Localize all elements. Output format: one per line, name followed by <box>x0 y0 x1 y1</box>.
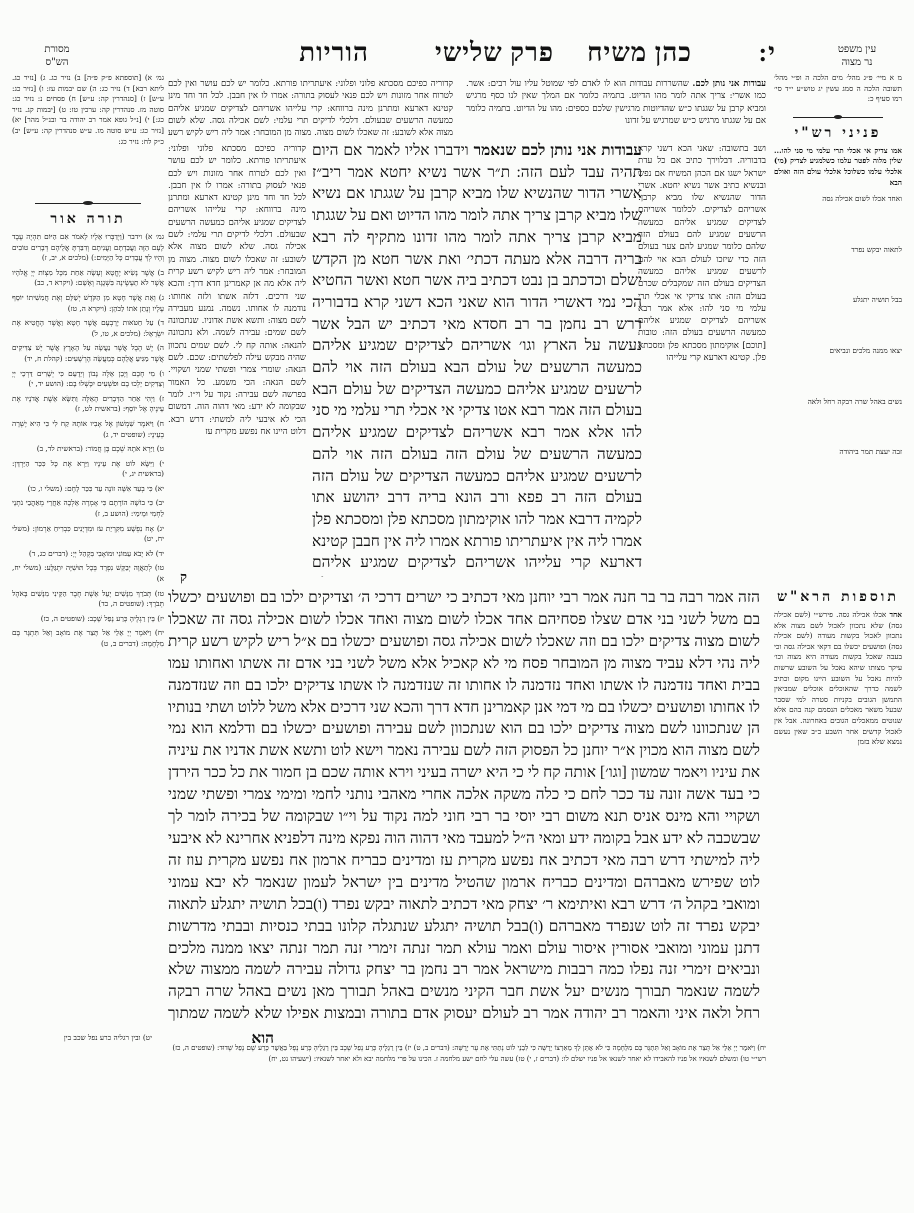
torah-ohr-entry: ג) וְאֵת אֲשֶׁר חָטָא מִן הַקֹּדֶשׁ יְשַ… <box>12 293 164 314</box>
commentary-left-column-text: קדוריה כפיכם מסכתא פלוני ופלוני: איעתרית… <box>168 144 306 437</box>
commentary-left-top-text: קדוריה כפיכם מסכתא פלוני ופלוני: איעתרית… <box>168 79 453 140</box>
gemara-center-text: וידברו אליו לאמר אם היום תהיה עבד לעם הז… <box>312 142 642 577</box>
footer-verse-line-1: יח) וַיֹּאמֶר יְיָ אֵלַי אַל תָּצַר אֶת … <box>168 1043 766 1054</box>
rashi-text-column: ושב בתשובה: שאני הכא דשני קרא בדבוריה. ד… <box>638 144 766 363</box>
pnei-rashi-entry-text: אמו צדיק אי אכלי תרי עלמי מי סני להו... … <box>774 146 902 187</box>
pnei-rashi-entry: יצאו ממנה מלכים ונביאים <box>774 346 902 357</box>
folio-number: י: <box>759 38 776 68</box>
tosafot-harosh: תוספות הרא"ש אחד אכלו אכילה גסה. פירש״י … <box>774 585 902 1030</box>
torah-ohr-entry: ד) עַל חַטֹּאות יָרָבְעָם אֲשֶׁר חָטָא ו… <box>12 318 164 339</box>
torah-ohr-entry: ה) יֶשׁ הֶבֶל אֲשֶׁר נַעֲשָׂה עַל הָאָרֶ… <box>12 343 164 364</box>
ein-mishpat-label: עין משפט נר מצוה <box>822 43 892 69</box>
gemara-end-marker: ק <box>180 569 187 585</box>
right-margin: מ א מיי׳ פ״ג מהל׳ מים הלכה ה ופ״י מהל׳ ת… <box>774 73 902 458</box>
torah-ohr-lower-ref: יט) ובין רגליה כרע נפל שכב בין <box>12 1033 152 1044</box>
pnei-rashi-title: פניני רש"י <box>774 125 902 142</box>
tosafot-harosh-title: תוספות הרא"ש <box>774 589 902 606</box>
hashas-label-line2: הש"ס <box>22 56 92 69</box>
torah-ohr-entry: ב) אֲשֶׁר נָשִׂיא יֶחֱטָא וְעָשָׂה אַחַת… <box>12 268 164 289</box>
torah-ohr-entry: יג) אָח נִפְשָׁע מִקִּרְיַת עֹז וּמִדְיָ… <box>12 524 164 545</box>
torah-ohr-entry: טז) תְּבֹרַךְ מִנָּשִׁים יָעֵל אֵשֶׁת חֶ… <box>12 589 164 610</box>
torah-ohr-entry: יא) כִּי בְעַד אִשָּׁה זוֹנָה עַד כִּכַּ… <box>12 484 164 495</box>
tosafot-harosh-text: אחד אכלו אכילה גסה. פירש״י (לשם אכילה גס… <box>774 610 902 1030</box>
rashi-lead-words: עבודות אני נותן לכם. <box>692 79 766 89</box>
torah-ohr-entry: יח) וַיֹּאמֶר יְיָ אֵלַי אַל תָּצַר אֶת … <box>12 628 164 649</box>
chapter-title: כהן משיח <box>587 38 692 68</box>
pnei-rashi-entry: זבה יעצת תמר ביהודה <box>774 447 902 458</box>
gemara-wide-block: הזה אמר רבה בר בר חנה אמר רבי יוחנן מאי … <box>168 587 760 1027</box>
torah-ohr-title: תורה אור <box>12 211 164 228</box>
torah-ohr-entry: יז) בֵּין רַגְלֶיהָ כָּרַע נָפַל שָׁכָב:… <box>12 614 164 625</box>
ein-mishpat-label-line1: עין משפט <box>822 43 892 56</box>
torah-ohr-entry: ח) וַיֹּאמֶר שִׁמְשׁוֹן אֶל אָבִיו אוֹתָ… <box>12 419 164 440</box>
commentary-left-top: קדוריה כפיכם מסכתא פלוני ופלוני: איעתרית… <box>168 78 453 140</box>
torah-ohr-entries: גמ׳ א) וידבר (וַיְדַבְּרוּ אֵלָיו לֵאמֹר… <box>12 232 164 1032</box>
torah-ohr-entry: ט) וַיַּרְא אֹתָהּ שְׁכֶם בֶּן חֲמוֹר: (… <box>12 444 164 455</box>
ein-mishpat-text: מ א מיי׳ פ״ג מהל׳ מים הלכה ה ופ״י מהל׳ ת… <box>774 73 902 105</box>
gemara-center-column: עבודות אני נותן לכם שנאמר וידברו אליו לא… <box>312 140 642 577</box>
torah-ohr-entry: יד) לֹא יָבֹא עַמּוֹנִי וּמוֹאָבִי בִּקְ… <box>12 549 164 560</box>
ornament-divider <box>35 199 141 207</box>
mesorat-hashas-text: גמ׳ א) [תוספתא פ״ק פ״ה] ב) נזיר כג. ג) [… <box>12 73 164 191</box>
pnei-rashi-entry: ואחד אכלו לשום אכילה גסה <box>774 194 902 205</box>
torah-ohr-entry: טו) לְתַאֲוָה יְבַקֵּשׁ נִפְרָד בְּכָל ת… <box>12 563 164 584</box>
mesorat-label-line1: מסורת <box>22 43 92 56</box>
gemara-wide-text: הזה אמר רבה בר בר חנה אמר רבי יוחנן מאי … <box>168 589 760 1027</box>
torah-ohr-entry: ז) וַיְהִי אַחַר הַדְּבָרִים הָאֵלֶּה וַ… <box>12 394 164 415</box>
pnei-rashi-entry: אמו צדיק אי אכלי תרי עלמי מי סני להו... … <box>774 146 902 188</box>
mesorat-hashas-label: מסורת הש"ס <box>22 43 92 69</box>
pnei-rashi-entry: בבל תושיה יתגלע <box>774 295 902 306</box>
ner-mitzvah-label-line2: נר מצוה <box>822 56 892 69</box>
tosafot-harosh-lead: אחד <box>889 610 902 619</box>
tosafot-harosh-body: אכלו אכילה גסה. פירש״י (לשם אכילה גסה) ש… <box>774 610 902 746</box>
footer-verse-line-2: רשי״י טו) ומשלם לשנאיו אל פניו להאבידו ל… <box>168 1054 766 1065</box>
pnei-rashi-entry: נשים באהל שרה רבקה רחל ולאה <box>774 397 902 408</box>
left-margin: גמ׳ א) [תוספתא פ״ק פ״ה] ב) נזיר כג. ג) [… <box>12 73 164 1032</box>
pnei-rashi-entry: לתאוה יבקש נפרד <box>774 245 902 256</box>
tractate-name: הוריות <box>299 38 369 68</box>
ornament-divider <box>793 113 883 121</box>
rashi-column: ושב בתשובה: שאני הכא דשני קרא בדבוריה. ד… <box>638 143 766 568</box>
commentary-left-column: קדוריה כפיכם מסכתא פלוני ופלוני: איעתרית… <box>168 143 306 568</box>
torah-ohr-entry: ו) מִי חָכָם וְיָבֵן אֵלֶּה נָבוֹן וְיֵד… <box>12 369 164 390</box>
torah-ohr-entry: יב) כִּי בוֹשָׁה הוֹרָתָם כִּי אָמְרָה א… <box>12 498 164 519</box>
torah-ohr-entry: י) וַיִּשָּׂא לוֹט אֶת עֵינָיו וַיַּרְא … <box>12 459 164 480</box>
torah-ohr-entry: גמ׳ א) וידבר (וַיְדַבְּרוּ אֵלָיו לֵאמֹר… <box>12 232 164 264</box>
chapter-number: פרק שלישי <box>435 38 554 68</box>
gemara-opening-words: עבודות אני נותן לכם שנאמר <box>469 142 642 159</box>
rashi-top-block: עבודות אני נותן לכם. שהשררות עבודות הוא … <box>466 78 766 140</box>
